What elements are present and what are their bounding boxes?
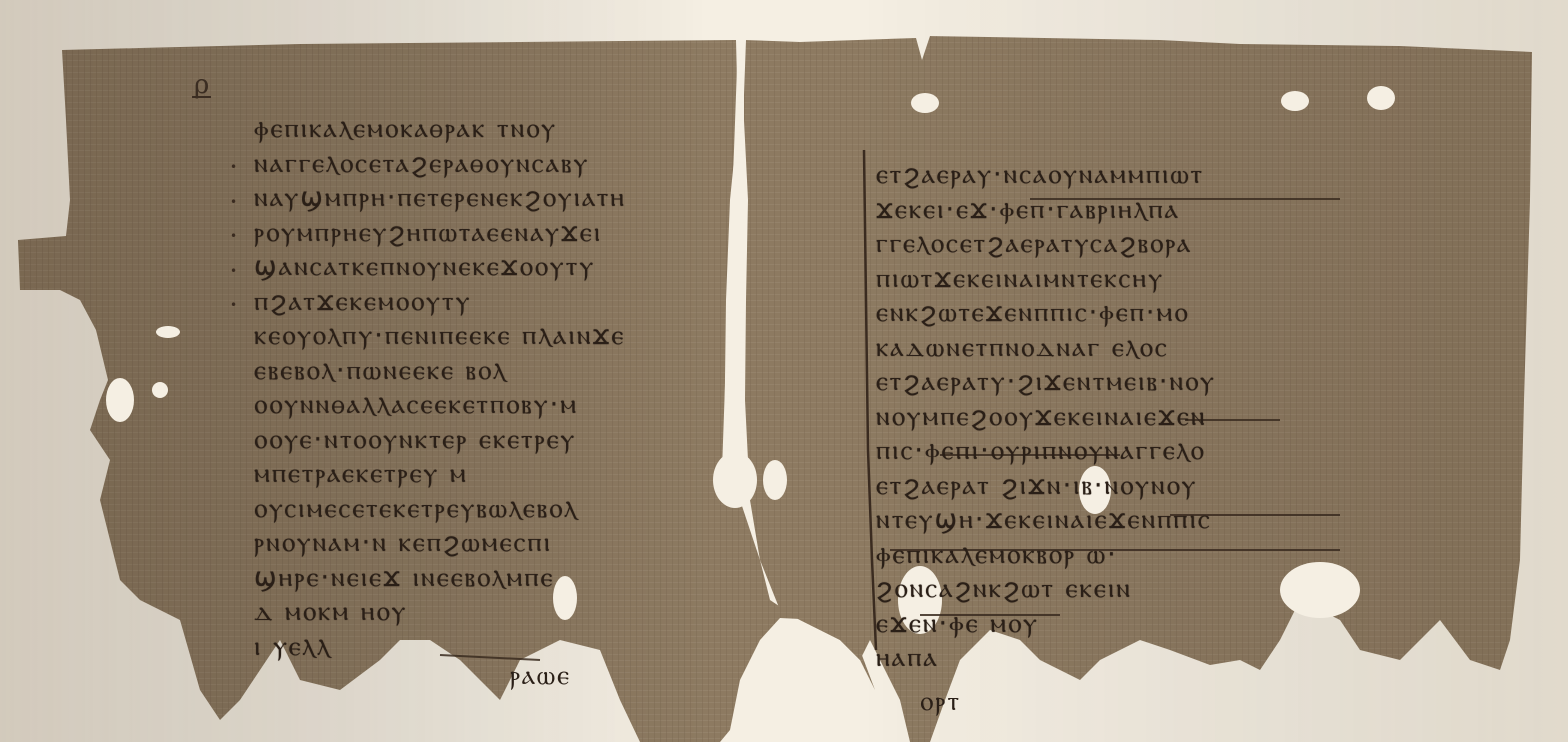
text-line: ϣⲏⲣⲉ·ⲛⲉⲓⲉϫ ⲓⲛⲉⲉⲃⲟⲗⲙⲡⲉ [254,561,626,596]
page-number-marker: ρ [192,74,211,98]
text-line: ϣⲁⲛⲥⲁⲧⲕⲉⲡⲛⲟⲩⲛⲉⲕⲉϫⲟⲟⲩⲧⲩ [254,250,626,285]
text-line: ⲫⲉⲡⲓⲕⲁⲗⲉⲙⲟⲕⲃⲟⲣ ⲱ· [876,538,1216,573]
text-line: ⲡⲓⲥ·ⲫⲉⲡⲓ·ⲟⲩⲣⲓⲡⲛⲟⲩⲛⲁⲅⲅⲉⲗⲟ [876,434,1216,469]
text-line: ⲉⲃⲉⲃⲟⲗ·ⲡⲱⲛⲉⲉⲕⲉ ⲃⲟⲗ [254,354,626,389]
papyrus-sheet [0,0,1568,742]
text-line: ⲟⲟⲩⲉ·ⲛⲧⲟⲟⲩⲛⲕⲧⲉⲣ ⲉⲕⲉⲧⲣⲉⲩ [254,423,626,458]
text-line: ⲉϫⲉⲛ·ⲫⲉ ⲙⲟⲩ [876,607,1216,642]
text-line: ⲕⲉⲟⲩⲟⲗⲡⲩ·ⲡⲉⲛⲓⲡⲉⲉⲕⲉ ⲡⲗⲁⲓⲛϫⲉ [254,319,626,354]
text-line: ⲛⲁⲩϣⲙⲡⲣⲏ·ⲡⲉⲧⲉⲣⲉⲛⲉⲕϩⲟⲩⲓⲁⲧⲏ [254,181,626,216]
text-line: ϩⲟⲛⲥⲁϩⲛⲕϩⲱⲧ ⲉⲕⲉⲓⲛ [876,572,1216,607]
papyrus-photograph: ρ ••••• ⲫⲉⲡⲓⲕⲁⲗⲉⲙⲟⲕⲁⲑⲣⲁⲕ ⲧⲛⲟⲩ ⲛⲁⲅⲅⲉⲗⲟⲥⲉⲧ… [0,0,1568,742]
text-line: ⲕⲁⲇⲱⲛⲉⲧⲡⲛⲟⲇⲛⲁⲅ ⲉⲗⲟⲥ [876,331,1216,366]
right-text-column: ⲉⲧϩⲁⲉⲣⲁⲩ·ⲛⲥⲁⲟⲩⲛⲁⲙⲙⲡⲓⲱⲧ ϫⲉⲕⲉⲓ·ⲉϫ·ⲫⲉⲡ·ⲅⲁⲃⲣ… [876,158,1216,676]
text-line: ⲡⲓⲱⲧϫⲉⲕⲉⲓⲛⲁⲓⲙⲛⲧⲉⲕⲥⲏⲩ [876,262,1216,297]
left-text-column: ⲫⲉⲡⲓⲕⲁⲗⲉⲙⲟⲕⲁⲑⲣⲁⲕ ⲧⲛⲟⲩ ⲛⲁⲅⲅⲉⲗⲟⲥⲉⲧⲁϩⲉⲣⲁⲑⲟⲩ… [254,112,626,664]
text-line: ⲓ ⲩⲉⲗⲗ [254,630,626,665]
text-line: ⲛⲁⲅⲅⲉⲗⲟⲥⲉⲧⲁϩⲉⲣⲁⲑⲟⲩⲛⲥⲁⲃⲩ [254,147,626,182]
text-line: ⲅⲅⲉⲗⲟⲥⲉⲧϩⲁⲉⲣⲁⲧⲩⲥⲁϩⲃⲟⲣⲁ [876,227,1216,262]
text-line: ⲟⲟⲩⲛⲛⲑⲁⲗⲗⲁⲥⲉⲉⲕⲉⲧⲡⲟⲃⲩ·ⲙ [254,388,626,423]
text-line: ⲟⲩⲥⲓⲙⲉⲥⲉⲧⲉⲕⲉⲧⲣⲉⲩⲃⲱⲗⲉⲃⲟⲗ [254,492,626,527]
text-line: ⲉⲛⲕϩⲱⲧⲉϫⲉⲛⲡⲡⲓⲥ·ⲫⲉⲡ·ⲙⲟ [876,296,1216,331]
text-line: ⲇ ⲙⲟⲕⲙ ⲏⲟⲩ [254,595,626,630]
text-line: ⲉⲧϩⲁⲉⲣⲁⲧⲩ·ϩⲓϫⲉⲛⲧⲙⲉⲓⲃ·ⲛⲟⲩ [876,365,1216,400]
margin-dots: ••••• [230,150,236,323]
text-line: ⲣⲛⲟⲩⲛⲁⲙ·ⲛ ⲕⲉⲡϩⲱⲙⲉⲥⲡⲓ [254,526,626,561]
text-line-fragment: ⲣⲁⲱⲉ [510,660,571,692]
text-line: ⲣⲟⲩⲙⲡⲣⲏⲉⲩϩⲏⲡⲱⲧⲁⲉⲉⲛⲁⲩϫⲉⲓ [254,216,626,251]
text-line: ⲙⲡⲉⲧⲣⲁⲉⲕⲉⲧⲣⲉⲩ ⲙ [254,457,626,492]
text-line: ⲛⲧⲉⲩϣⲏ·ϫⲉⲕⲉⲓⲛⲁⲓⲉϫⲉⲛⲡⲡⲓⲥ [876,503,1216,538]
text-line: ⲏⲁⲡⲁ [876,641,1216,676]
text-line: ⲫⲉⲡⲓⲕⲁⲗⲉⲙⲟⲕⲁⲑⲣⲁⲕ ⲧⲛⲟⲩ [254,112,626,147]
text-line: ⲛⲟⲩⲙⲡⲉϩⲟⲟⲩϫⲉⲕⲉⲓⲛⲁⲓⲉϫⲉⲛ [876,400,1216,435]
text-line: ⲉⲧϩⲁⲉⲣⲁⲩ·ⲛⲥⲁⲟⲩⲛⲁⲙⲙⲡⲓⲱⲧ [876,158,1216,193]
text-line: ⲡϩⲁⲧϫⲉⲕⲉⲙⲟⲟⲩⲧⲩ [254,285,626,320]
text-line: ⲉⲧϩⲁⲉⲣⲁⲧ ϩⲓϫⲛ·ⲓⲃ·ⲛⲟⲩⲛⲟⲩ [876,469,1216,504]
text-line-fragment: ⲟⲣⲧ [920,686,961,718]
text-line: ϫⲉⲕⲉⲓ·ⲉϫ·ⲫⲉⲡ·ⲅⲁⲃⲣⲓⲏⲗⲡⲁ [876,193,1216,228]
